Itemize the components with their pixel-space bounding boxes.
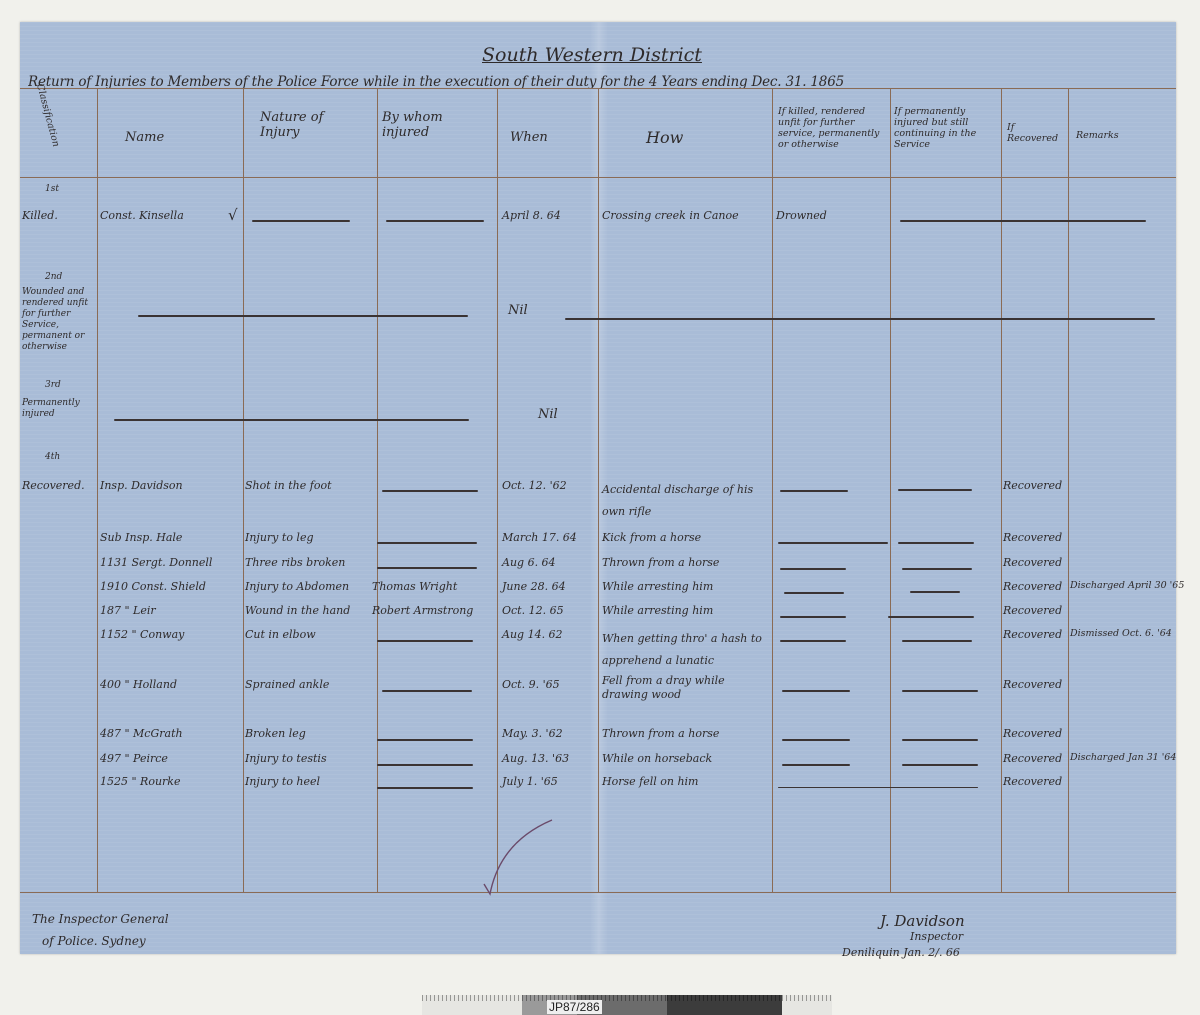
row-recovered: Recovered bbox=[1003, 727, 1062, 740]
row-recovered: Recovered bbox=[1003, 628, 1062, 641]
col-divider bbox=[97, 88, 98, 892]
empty-dash bbox=[782, 690, 850, 692]
section-number: 4th bbox=[45, 452, 60, 463]
row-how: While on horseback bbox=[602, 752, 712, 765]
row-name: 1910 Const. Shield bbox=[100, 580, 206, 593]
row-how: While arresting him bbox=[602, 604, 713, 617]
row-if-killed: Drowned bbox=[776, 209, 827, 222]
col-divider bbox=[1001, 88, 1002, 892]
row-recovered: Recovered bbox=[1003, 678, 1062, 691]
row-recovered: Recovered bbox=[1003, 531, 1062, 544]
row-name: 1152 " Conway bbox=[100, 628, 184, 641]
section-number: 3rd bbox=[45, 380, 61, 391]
section-label: Killed. bbox=[22, 209, 58, 222]
empty-dash bbox=[900, 220, 1146, 222]
row-when: May. 3. '62 bbox=[502, 727, 563, 740]
archive-reference: JP87/286 bbox=[547, 1000, 602, 1014]
row-nature: Injury to Abdomen bbox=[245, 580, 349, 593]
place-date: Deniliquin Jan. 2/. 66 bbox=[842, 946, 960, 959]
row-name: Sub Insp. Hale bbox=[100, 531, 182, 544]
header-nature-of-injury: Nature of Injury bbox=[260, 110, 360, 140]
col-divider bbox=[1068, 88, 1069, 892]
row-how: While arresting him bbox=[602, 580, 713, 593]
row-how: Kick from a horse bbox=[602, 531, 701, 544]
check-mark-icon bbox=[480, 812, 560, 912]
empty-dash bbox=[114, 419, 469, 421]
signature: J. Davidson bbox=[880, 912, 965, 930]
section-label: Permanently injured bbox=[22, 398, 96, 420]
section-label: Wounded and rendered unfit for further S… bbox=[22, 287, 96, 353]
col-divider bbox=[598, 88, 599, 892]
empty-dash bbox=[377, 787, 473, 789]
row-name: Insp. Davidson bbox=[100, 479, 183, 492]
empty-dash bbox=[902, 739, 978, 741]
empty-dash bbox=[778, 787, 978, 788]
section-label: Recovered. bbox=[22, 479, 85, 492]
col-divider bbox=[772, 88, 773, 892]
document-sheet: South Western District Return of Injurie… bbox=[20, 22, 1176, 954]
row-recovered: Recovered bbox=[1003, 752, 1062, 765]
empty-dash bbox=[386, 220, 484, 222]
empty-dash bbox=[382, 690, 472, 692]
row-how: Thrown from a horse bbox=[602, 556, 719, 569]
scale-ruler-end bbox=[782, 995, 832, 1015]
empty-dash bbox=[898, 542, 974, 544]
row-by-whom: Thomas Wright bbox=[372, 580, 457, 593]
empty-dash bbox=[382, 490, 478, 492]
empty-dash bbox=[902, 764, 978, 766]
row-remarks: Discharged April 30 '65 bbox=[1070, 580, 1184, 591]
row-recovered: Recovered bbox=[1003, 775, 1062, 788]
scale-ruler bbox=[422, 995, 522, 1015]
empty-dash bbox=[377, 764, 473, 766]
row-remarks: Discharged Jan 31 '64 bbox=[1070, 752, 1176, 763]
row-when: April 8. 64 bbox=[502, 209, 561, 222]
row-when: Aug. 13. '63 bbox=[502, 752, 569, 765]
empty-dash bbox=[780, 490, 848, 492]
row-how: Accidental discharge of his own rifle bbox=[602, 479, 767, 523]
empty-dash bbox=[910, 591, 960, 593]
table-bottom-rule bbox=[20, 892, 1176, 893]
col-divider bbox=[890, 88, 891, 892]
col-divider bbox=[377, 88, 378, 892]
row-name: 487 " McGrath bbox=[100, 727, 183, 740]
row-name: Const. Kinsella bbox=[100, 209, 184, 222]
row-name: 187 " Leir bbox=[100, 604, 156, 617]
empty-dash bbox=[780, 568, 846, 570]
row-nature: Broken leg bbox=[245, 727, 306, 740]
section-number: 1st bbox=[45, 184, 59, 195]
row-name: 400 " Holland bbox=[100, 678, 177, 691]
row-nature: Shot in the foot bbox=[245, 479, 332, 492]
empty-dash bbox=[902, 640, 972, 642]
row-name: 497 " Peirce bbox=[100, 752, 168, 765]
row-name: 1525 " Rourke bbox=[100, 775, 180, 788]
header-remarks: Remarks bbox=[1076, 130, 1119, 141]
addressee-line-2: of Police. Sydney bbox=[42, 934, 146, 948]
row-recovered: Recovered bbox=[1003, 479, 1062, 492]
col-divider bbox=[243, 88, 244, 892]
header-by-whom-injured: By whom injured bbox=[382, 110, 482, 140]
row-name: 1131 Sergt. Donnell bbox=[100, 556, 212, 569]
empty-dash bbox=[252, 220, 350, 222]
row-when: Aug 14. 62 bbox=[502, 628, 563, 641]
header-classification: Classification bbox=[34, 83, 68, 173]
row-nature: Injury to leg bbox=[245, 531, 314, 544]
row-recovered: Recovered bbox=[1003, 604, 1062, 617]
row-by-whom: Robert Armstrong bbox=[372, 604, 473, 617]
row-when: March 17. 64 bbox=[502, 531, 577, 544]
addressee-line-1: The Inspector General bbox=[32, 912, 169, 926]
row-nature: Injury to heel bbox=[245, 775, 320, 788]
row-how: Horse fell on him bbox=[602, 775, 698, 788]
empty-dash bbox=[778, 542, 888, 544]
row-nature: Three ribs broken bbox=[245, 556, 345, 569]
signature-title: Inspector bbox=[910, 930, 963, 943]
empty-dash bbox=[782, 764, 850, 766]
empty-dash bbox=[377, 640, 473, 642]
row-nature: Cut in elbow bbox=[245, 628, 316, 641]
empty-dash bbox=[377, 567, 477, 569]
row-when: June 28. 64 bbox=[502, 580, 566, 593]
empty-dash bbox=[377, 542, 477, 544]
empty-dash bbox=[780, 640, 846, 642]
row-when: Oct. 9. '65 bbox=[502, 678, 560, 691]
empty-dash bbox=[780, 616, 846, 618]
empty-dash bbox=[138, 315, 468, 317]
empty-dash bbox=[377, 739, 473, 741]
header-if-recovered: If Recovered bbox=[1007, 122, 1065, 144]
row-when: Oct. 12. '62 bbox=[502, 479, 567, 492]
col-divider bbox=[497, 88, 498, 892]
empty-dash bbox=[784, 592, 844, 594]
row-nature: Wound in the hand bbox=[245, 604, 350, 617]
empty-dash bbox=[888, 616, 974, 618]
district-title: South Western District bbox=[482, 44, 702, 66]
row-when: Oct. 12. 65 bbox=[502, 604, 564, 617]
section-number: 2nd bbox=[45, 272, 62, 283]
empty-dash bbox=[782, 739, 850, 741]
row-nature: Injury to testis bbox=[245, 752, 327, 765]
row-how: Thrown from a horse bbox=[602, 727, 719, 740]
header-name: Name bbox=[125, 130, 164, 145]
row-how: Fell from a dray while drawing wood bbox=[602, 674, 752, 702]
nil-text: Nil bbox=[538, 407, 558, 422]
row-when: Aug 6. 64 bbox=[502, 556, 556, 569]
header-if-killed: If killed, rendered unfit for further se… bbox=[778, 106, 886, 150]
empty-dash bbox=[902, 690, 978, 692]
row-when: July 1. '65 bbox=[502, 775, 558, 788]
row-how: When getting thro' a hash to apprehend a… bbox=[602, 628, 767, 672]
row-recovered: Recovered bbox=[1003, 556, 1062, 569]
empty-dash bbox=[902, 568, 972, 570]
header-when: When bbox=[510, 130, 548, 145]
empty-dash bbox=[898, 489, 972, 491]
row-how: Crossing creek in Canoe bbox=[602, 209, 739, 222]
row-nature: Sprained ankle bbox=[245, 678, 329, 691]
header-how: How bbox=[646, 130, 683, 145]
row-recovered: Recovered bbox=[1003, 580, 1062, 593]
row-remarks: Dismissed Oct. 6. '64 bbox=[1070, 628, 1172, 639]
header-if-permanently-injured: If permanently injured but still continu… bbox=[894, 106, 999, 150]
empty-dash bbox=[565, 318, 1155, 320]
check-mark: √ bbox=[228, 206, 238, 224]
scale-ruler-dark bbox=[667, 995, 782, 1015]
nil-text: Nil bbox=[508, 303, 528, 318]
